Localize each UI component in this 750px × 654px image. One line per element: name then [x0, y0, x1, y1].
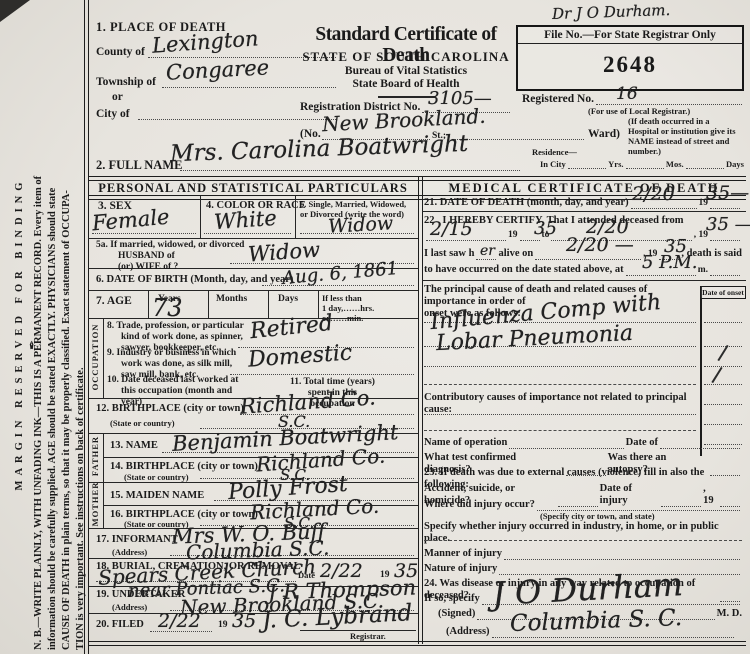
- occurred-m: m.: [698, 265, 708, 276]
- mother-side-label: MOTHER: [90, 474, 100, 534]
- filed-label: 20. FILED: [96, 619, 144, 631]
- lastsaw-fill: er: [480, 243, 495, 259]
- where-row: Where did injury occur?: [424, 499, 742, 511]
- filed-year-prefix: 19: [218, 620, 228, 631]
- death-certificate-scan: MARGIN RESERVED FOR BINDING ✒ N. B.—WRIT…: [0, 0, 750, 654]
- onset-column: [700, 286, 748, 456]
- hospital-note: (If death occurred in a Hospital or inst…: [628, 116, 742, 156]
- bottom-rule: [88, 641, 746, 646]
- dod-year-value: 35—: [706, 182, 749, 204]
- age-days-label: Days: [278, 294, 298, 305]
- specify-city-label: (Specify city or town, and state): [540, 511, 655, 521]
- md-label: M. D.: [717, 608, 742, 620]
- birthplace-state-label: (State or country): [110, 418, 175, 428]
- attended-from-year: 35: [534, 218, 557, 239]
- onset-header-box: Date of onset: [700, 286, 746, 299]
- days-label: Days: [726, 159, 744, 169]
- undertaker-addr-label: (Address): [112, 602, 147, 612]
- husband-label: 5a. If married, widowed, or divorced HUS…: [96, 240, 244, 273]
- dod-label: 21. DATE OF DEATH (month, day, and year): [424, 197, 629, 209]
- file-number-value: 2648: [518, 52, 742, 78]
- specify-where-label: Specify whether injury occurred in indus…: [424, 521, 744, 545]
- operation-label: Name of operation: [424, 437, 507, 449]
- age-years-value: 73: [152, 294, 183, 322]
- attended-from-value: 2/15: [430, 218, 473, 240]
- trade-value: Retired: [249, 311, 334, 345]
- age-months-label: Months: [216, 294, 247, 305]
- bureau-line: Bureau of Vital Statistics: [298, 65, 514, 78]
- or-text: or: [112, 91, 123, 104]
- registered-line: [596, 104, 742, 105]
- father-bp-state-label: (State or country): [124, 472, 189, 482]
- registered-label: Registered No.: [522, 93, 594, 106]
- fullname-line: [180, 170, 520, 171]
- city-line: [138, 119, 336, 120]
- margin-note-line: information should be carefully supplied…: [46, 18, 60, 650]
- county-label: County of: [96, 46, 145, 59]
- pen-icon: ✒: [25, 340, 40, 350]
- occurred-value: 5 P.M.: [642, 252, 698, 273]
- mos-label: Mos.: [666, 159, 684, 169]
- where-label: Where did injury occur?: [424, 499, 535, 511]
- operation-date-label: Date of: [626, 437, 658, 449]
- fullname-value: Mrs. Carolina Boatwright: [170, 131, 469, 167]
- file-box-title: File No.—For State Registrar Only: [518, 27, 742, 44]
- personal-section-title: PERSONAL AND STATISTICAL PARTICULARS: [88, 181, 418, 196]
- occurred-line: to have occurred on the date stated abov…: [424, 264, 624, 276]
- father-name-label: 13. NAME: [110, 440, 158, 452]
- registrar-label: Registrar.: [350, 631, 386, 641]
- industry-value: Domestic: [247, 340, 353, 372]
- city-label: City of: [96, 108, 130, 121]
- physician-addr-label: (Address): [446, 626, 490, 638]
- margin-divider: [84, 0, 89, 654]
- signed-label: (Signed): [438, 608, 475, 620]
- attended-year-prefix-a: 19: [508, 230, 518, 241]
- race-value: White: [213, 206, 277, 234]
- ifso-label: If so, specify: [424, 593, 480, 605]
- operation-row: Name of operation Date of: [424, 437, 742, 449]
- local-registrar-note: (For use of Local Registrar.): [588, 106, 690, 116]
- doctor-note-value: Dr J O Durham.: [552, 1, 671, 23]
- manner-row: Manner of injury: [424, 548, 742, 560]
- state-line: STATE OF SOUTH CAROLINA: [298, 49, 514, 65]
- margin-note-line: CAUSE OF DEATH in plain terms, so that i…: [60, 18, 74, 650]
- contributory-label: Contributory causes of importance not re…: [424, 392, 700, 416]
- column-divider: [418, 176, 423, 644]
- dod-value: 2/20: [632, 183, 675, 205]
- manner-label: Manner of injury: [424, 548, 502, 560]
- filed-year-value: 35: [232, 610, 256, 632]
- binding-label: MARGIN RESERVED FOR BINDING: [14, 18, 25, 650]
- age-label: 7. AGE: [96, 295, 132, 308]
- township-value: Congaree: [165, 55, 269, 84]
- birthplace-label: 12. BIRTHPLACE (city or town): [96, 403, 244, 415]
- lastsaw-mid: alive on: [498, 248, 533, 260]
- lastsaw-pre: I last saw h: [424, 248, 474, 260]
- mother-name-label: 15. MAIDEN NAME: [110, 490, 204, 502]
- filed-date-value: 2/22: [158, 610, 201, 632]
- ward-label: Ward): [588, 128, 620, 141]
- margin-note-line: N. B.—WRITE PLAINLY, WITH UNFADING INK—T…: [32, 18, 46, 650]
- lastsaw-value: 2/20 —: [566, 234, 634, 256]
- residence-row: In City Yrs. Mos. Days: [540, 158, 744, 169]
- township-label: Township of: [96, 76, 156, 89]
- dod-row: 21. DATE OF DEATH (month, day, and year)…: [424, 197, 742, 209]
- registered-value: 16: [616, 84, 638, 104]
- husband-value: Widow: [247, 238, 320, 267]
- occupation-side-label: OCCUPATION: [90, 317, 100, 397]
- attended-to-year: 35 —: [706, 214, 750, 235]
- in-city-label: In City: [540, 159, 566, 169]
- yrs-label: Yrs.: [608, 159, 623, 169]
- ward-line: [452, 139, 584, 140]
- onset-header: Date of onset: [701, 287, 745, 298]
- residence-label: Residence—: [532, 147, 577, 157]
- informant-label: 17. INFORMANT: [96, 534, 178, 546]
- file-number-box: File No.—For State Registrar Only 2648: [516, 25, 744, 91]
- informant-addr-label: (Address): [112, 547, 147, 557]
- nature-label: Nature of injury: [424, 563, 497, 575]
- marital-value: Widow: [327, 212, 393, 237]
- binding-margin: MARGIN RESERVED FOR BINDING ✒ N. B.—WRIT…: [14, 18, 88, 650]
- medical-section-title: MEDICAL CERTIFICATE OF DEATH: [422, 181, 746, 196]
